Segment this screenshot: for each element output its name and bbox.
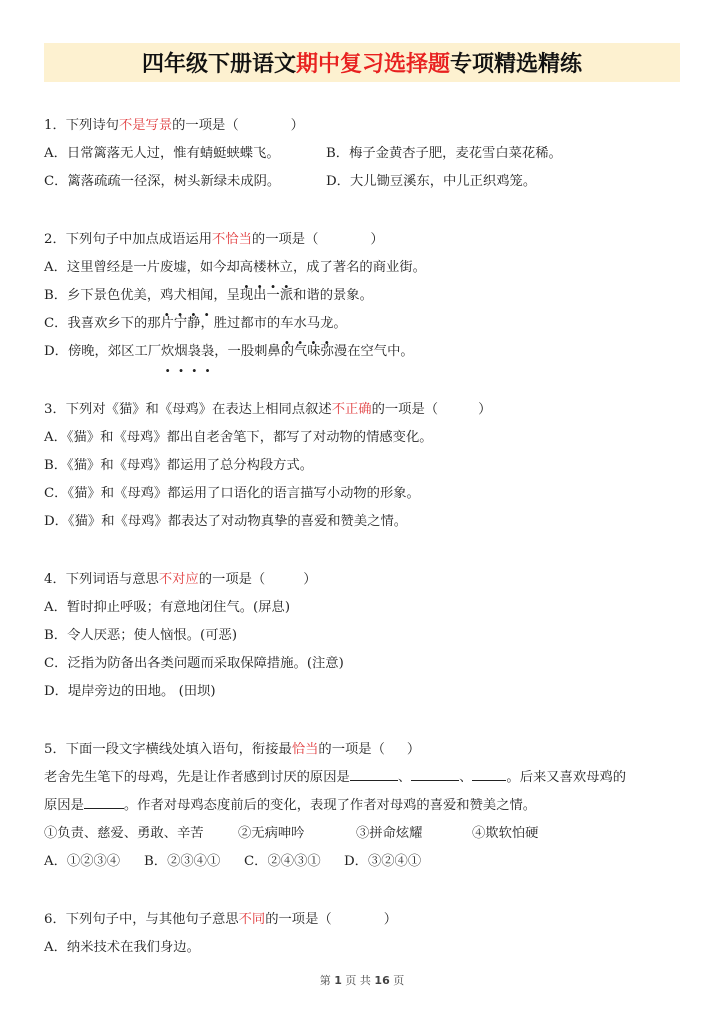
question-number: 2． bbox=[44, 232, 66, 247]
option-text: ，成了著名的商业街。 bbox=[293, 260, 426, 275]
option-label: B． bbox=[144, 854, 167, 869]
option-text: 《猫》和《母鸡》都运用了口语化的语言描写小动物的形象。 bbox=[67, 486, 419, 501]
choice-item: ②无病呻吟 bbox=[238, 820, 356, 848]
option-d[interactable]: D．《猫》和《母鸡》都表达了对动物真挚的喜爱和赞美之情。 bbox=[44, 508, 694, 536]
footer-text: 页 共 bbox=[345, 974, 371, 987]
question-3: 3．下列对《猫》和《母鸡》在表达上相同点叙述不正确的一项是（） A．《猫》和《母… bbox=[44, 396, 694, 536]
option-text: 这里曾经是一片废墟，如今却 bbox=[67, 260, 240, 275]
idiom-char: 相 bbox=[187, 282, 200, 310]
option-text: 纳米技术在我们身边。 bbox=[67, 940, 200, 955]
stem-text: 下列诗句 bbox=[66, 118, 119, 133]
stem-close: ） bbox=[303, 572, 316, 587]
option-text: 梅子金黄杏子肥，麦花雪白菜花稀。 bbox=[349, 146, 562, 161]
option-label: A． bbox=[44, 260, 67, 275]
stem-text-after: 的一项是（ bbox=[265, 912, 331, 927]
passage-text: 原因是 bbox=[44, 798, 84, 813]
option-label: A． bbox=[44, 430, 67, 445]
option-label: A． bbox=[44, 940, 67, 955]
current-page-number: 1 bbox=[334, 974, 342, 987]
question-6: 6．下列句子中，与其他句子意思不同的一项是（） A．纳米技术在我们身边。 bbox=[44, 906, 694, 962]
option-b[interactable]: B．梅子金黄杏子肥，麦花雪白菜花稀。 bbox=[326, 140, 562, 168]
option-label: D． bbox=[44, 344, 68, 359]
idiom-char: 闻 bbox=[200, 282, 213, 310]
option-a[interactable]: A．《猫》和《母鸡》都出自老舍笔下，都写了对动物的情感变化。 bbox=[44, 424, 694, 452]
question-stem: 4．下列词语与意思不对应的一项是（） bbox=[44, 566, 694, 594]
stem-text: 下面一段文字横线处填入语句，衔接最 bbox=[66, 742, 292, 757]
question-stem: 5．下面一段文字横线处填入语句，衔接最恰当的一项是（） bbox=[44, 736, 694, 764]
option-text: 《猫》和《母鸡》都出自老舍笔下，都写了对动物的情感变化。 bbox=[67, 430, 433, 445]
separator: 、 bbox=[459, 770, 472, 785]
stem-text: 下列对《猫》和《母鸡》在表达上相同点叙述 bbox=[66, 402, 332, 417]
passage-line-1: 老舍先生笔下的母鸡，先是让作者感到讨厌的原因是、、。后来又喜欢母鸡的 bbox=[44, 764, 694, 792]
idiom-char: 炊 bbox=[161, 338, 174, 366]
idiom-char: 水 bbox=[294, 310, 307, 338]
option-label: A． bbox=[44, 854, 67, 869]
stem-keyword: 恰当 bbox=[292, 742, 319, 757]
option-a[interactable]: A．日常篱落无人过，惟有蜻蜓蛱蝶飞。 bbox=[44, 140, 326, 168]
title-part-1: 四年级下册语文 bbox=[142, 52, 296, 77]
choice-item: ③拼命炫耀 bbox=[356, 820, 472, 848]
fill-blank-3[interactable] bbox=[472, 764, 506, 781]
option-a[interactable]: A．①②③④ bbox=[44, 848, 144, 876]
option-label: C． bbox=[44, 656, 67, 671]
worksheet-body: 1．下列诗句不是写景的一项是（） A．日常篱落无人过，惟有蜻蜓蛱蝶飞。 B．梅子… bbox=[44, 112, 694, 992]
choice-list: ①负责、慈爱、勇敢、辛苦 ②无病呻吟 ③拼命炫耀 ④欺软怕硬 bbox=[44, 820, 694, 848]
idiom-char: 楼 bbox=[253, 254, 266, 282]
question-stem: 2．下列句子中加点成语运用不恰当的一项是（） bbox=[44, 226, 694, 254]
option-text: ②④③① bbox=[267, 854, 320, 869]
option-d[interactable]: D．③②④① bbox=[344, 848, 421, 876]
stem-text-after: 的一项是（ bbox=[172, 118, 238, 133]
option-a[interactable]: A．暂时抑止呼吸；有意地闭住气。(屏息) bbox=[44, 594, 694, 622]
dotted-idiom: 炊烟袅袅 bbox=[161, 344, 214, 359]
passage-line-2: 原因是。作者对母鸡态度前后的变化，表现了作者对母鸡的喜爱和赞美之情。 bbox=[44, 792, 694, 820]
idiom-char: 车 bbox=[280, 310, 293, 338]
option-c[interactable]: C．②④③① bbox=[244, 848, 344, 876]
option-text: 《猫》和《母鸡》都运用了总分构段方式。 bbox=[67, 458, 313, 473]
question-number: 3． bbox=[44, 402, 66, 417]
option-b[interactable]: B．②③④① bbox=[144, 848, 244, 876]
option-text: 日常篱落无人过，惟有蜻蜓蛱蝶飞。 bbox=[67, 146, 280, 161]
question-number: 4． bbox=[44, 572, 66, 587]
footer-text: 第 bbox=[320, 974, 331, 987]
option-c[interactable]: C．篱落疏疏一径深，树头新绿未成阴。 bbox=[44, 168, 326, 196]
option-label: B． bbox=[326, 146, 349, 161]
question-1: 1．下列诗句不是写景的一项是（） A．日常篱落无人过，惟有蜻蜓蛱蝶飞。 B．梅子… bbox=[44, 112, 694, 196]
option-text: 《猫》和《母鸡》都表达了对动物真挚的喜爱和赞美之情。 bbox=[68, 514, 407, 529]
option-text: 堤岸旁边的田地。 (田坝) bbox=[68, 684, 216, 699]
question-5: 5．下面一段文字横线处填入语句，衔接最恰当的一项是（） 老舍先生笔下的母鸡，先是… bbox=[44, 736, 694, 876]
option-b[interactable]: B．《猫》和《母鸡》都运用了总分构段方式。 bbox=[44, 452, 694, 480]
idiom-char: 袅 bbox=[188, 338, 201, 366]
option-text: ③②④① bbox=[368, 854, 421, 869]
option-c[interactable]: C．《猫》和《母鸡》都运用了口语化的语言描写小动物的形象。 bbox=[44, 480, 694, 508]
option-text: 篱落疏疏一径深，树头新绿未成阴。 bbox=[67, 174, 280, 189]
stem-text-after: 的一项是（ bbox=[318, 742, 384, 757]
idiom-char: 犬 bbox=[173, 282, 186, 310]
option-row: A．日常篱落无人过，惟有蜻蜓蛱蝶飞。 B．梅子金黄杏子肥，麦花雪白菜花稀。 bbox=[44, 140, 694, 168]
stem-keyword: 不是写景 bbox=[119, 118, 172, 133]
option-text: ，呈现出一派和谐的景象。 bbox=[213, 288, 373, 303]
option-text: 大儿锄豆溪东，中儿正织鸡笼。 bbox=[350, 174, 536, 189]
question-stem: 1．下列诗句不是写景的一项是（） bbox=[44, 112, 694, 140]
title-banner: 四年级下册语文期中复习选择题专项精选精练 bbox=[44, 43, 680, 82]
idiom-char: 烟 bbox=[174, 338, 187, 366]
stem-text: 下列句子中加点成语运用 bbox=[66, 232, 212, 247]
passage-text: 。后来又喜欢母鸡的 bbox=[506, 770, 626, 785]
fill-blank-4[interactable] bbox=[84, 792, 124, 809]
question-2: 2．下列句子中加点成语运用不恰当的一项是（） A．这里曾经是一片废墟，如今却高楼… bbox=[44, 226, 694, 366]
option-c[interactable]: C．我喜欢乡下的那片宁静，胜过都市的车水马龙。 bbox=[44, 310, 694, 338]
option-d[interactable]: D．堤岸旁边的田地。 (田坝) bbox=[44, 678, 694, 706]
footer-text: 页 bbox=[393, 974, 404, 987]
question-stem: 6．下列句子中，与其他句子意思不同的一项是（） bbox=[44, 906, 694, 934]
option-text: 令人厌恶；使人恼恨。(可恶) bbox=[67, 628, 237, 643]
idiom-char: 立 bbox=[280, 254, 293, 282]
total-pages-number: 16 bbox=[374, 974, 389, 987]
question-4: 4．下列词语与意思不对应的一项是（） A．暂时抑止呼吸；有意地闭住气。(屏息) … bbox=[44, 566, 694, 706]
option-label: C． bbox=[44, 174, 67, 189]
stem-keyword: 不正确 bbox=[332, 402, 372, 417]
option-label: B． bbox=[44, 458, 67, 473]
choice-item: ④欺软怕硬 bbox=[472, 820, 538, 848]
stem-text-after: 的一项是（ bbox=[252, 232, 318, 247]
idiom-char: 袅 bbox=[201, 338, 214, 366]
option-label: D． bbox=[326, 174, 350, 189]
option-label: C． bbox=[244, 854, 267, 869]
option-c[interactable]: C．泛指为防备出各类问题而采取保障措施。(注意) bbox=[44, 650, 694, 678]
stem-keyword: 不同 bbox=[239, 912, 266, 927]
question-number: 1． bbox=[44, 118, 66, 133]
dotted-idiom: 车水马龙 bbox=[280, 316, 333, 331]
option-label: C． bbox=[44, 486, 67, 501]
idiom-char: 鸡 bbox=[160, 282, 173, 310]
option-row: C．篱落疏疏一径深，树头新绿未成阴。 D．大儿锄豆溪东，中儿正织鸡笼。 bbox=[44, 168, 694, 196]
option-b[interactable]: B．令人厌恶；使人恼恨。(可恶) bbox=[44, 622, 694, 650]
stem-text: 下列句子中，与其他句子意思 bbox=[66, 912, 239, 927]
stem-close: ） bbox=[384, 912, 397, 927]
option-a[interactable]: A．这里曾经是一片废墟，如今却高楼林立，成了著名的商业街。 bbox=[44, 254, 694, 282]
idiom-char: 龙 bbox=[320, 310, 333, 338]
option-b[interactable]: B．乡下景色优美，鸡犬相闻，呈现出一派和谐的景象。 bbox=[44, 282, 694, 310]
option-label: A． bbox=[44, 600, 67, 615]
idiom-char: 马 bbox=[307, 310, 320, 338]
option-text: 。 bbox=[333, 316, 346, 331]
separator: 、 bbox=[398, 770, 411, 785]
option-text: 泛指为防备出各类问题而采取保障措施。(注意) bbox=[67, 656, 343, 671]
option-text: 傍晚，郊区工厂 bbox=[68, 344, 161, 359]
title-part-2: 专项精选精练 bbox=[450, 52, 582, 77]
choice-item: ①负责、慈爱、勇敢、辛苦 bbox=[44, 820, 238, 848]
fill-blank-2[interactable] bbox=[411, 764, 459, 781]
stem-keyword: 不对应 bbox=[159, 572, 199, 587]
stem-keyword: 不恰当 bbox=[212, 232, 252, 247]
option-label: B． bbox=[44, 288, 67, 303]
idiom-char: 高 bbox=[240, 254, 253, 282]
option-a[interactable]: A．纳米技术在我们身边。 bbox=[44, 934, 694, 962]
page-footer: 第 1 页 共 16 页 bbox=[0, 972, 724, 988]
option-d[interactable]: D．大儿锄豆溪东，中儿正织鸡笼。 bbox=[326, 168, 536, 196]
question-number: 6． bbox=[44, 912, 66, 927]
dotted-idiom: 鸡犬相闻 bbox=[160, 288, 213, 303]
option-label: D． bbox=[44, 684, 68, 699]
title-highlight: 期中复习选择题 bbox=[296, 52, 450, 77]
passage-text: 老舍先生笔下的母鸡，先是让作者感到讨厌的原因是 bbox=[44, 770, 350, 785]
stem-close: ） bbox=[370, 232, 383, 247]
page-title: 四年级下册语文期中复习选择题专项精选精练 bbox=[142, 47, 582, 78]
stem-close: ） bbox=[407, 742, 420, 757]
stem-close: ） bbox=[478, 402, 491, 417]
option-text: 乡下景色优美， bbox=[67, 288, 160, 303]
option-label: D． bbox=[344, 854, 368, 869]
fill-blank-1[interactable] bbox=[350, 764, 398, 781]
option-text: ②③④① bbox=[167, 854, 220, 869]
idiom-char: 林 bbox=[266, 254, 279, 282]
option-label: A． bbox=[44, 146, 67, 161]
stem-text: 下列词语与意思 bbox=[66, 572, 159, 587]
stem-text-after: 的一项是（ bbox=[372, 402, 438, 417]
option-label: C． bbox=[44, 316, 67, 331]
option-text: ①②③④ bbox=[67, 854, 120, 869]
option-text: 暂时抑止呼吸；有意地闭住气。(屏息) bbox=[67, 600, 290, 615]
option-label: B． bbox=[44, 628, 67, 643]
option-d[interactable]: D．傍晚，郊区工厂炊烟袅袅，一股刺鼻的气味弥漫在空气中。 bbox=[44, 338, 694, 366]
passage-text: 。作者对母鸡态度前后的变化，表现了作者对母鸡的喜爱和赞美之情。 bbox=[124, 798, 536, 813]
option-label: D． bbox=[44, 514, 68, 529]
stem-text-after: 的一项是（ bbox=[199, 572, 265, 587]
option-text: 我喜欢乡下的那片宁静，胜过都市的 bbox=[67, 316, 280, 331]
stem-close: ） bbox=[291, 118, 304, 133]
option-row: A．①②③④ B．②③④① C．②④③① D．③②④① bbox=[44, 848, 694, 876]
question-stem: 3．下列对《猫》和《母鸡》在表达上相同点叙述不正确的一项是（） bbox=[44, 396, 694, 424]
question-number: 5． bbox=[44, 742, 66, 757]
dotted-idiom: 高楼林立 bbox=[240, 260, 293, 275]
